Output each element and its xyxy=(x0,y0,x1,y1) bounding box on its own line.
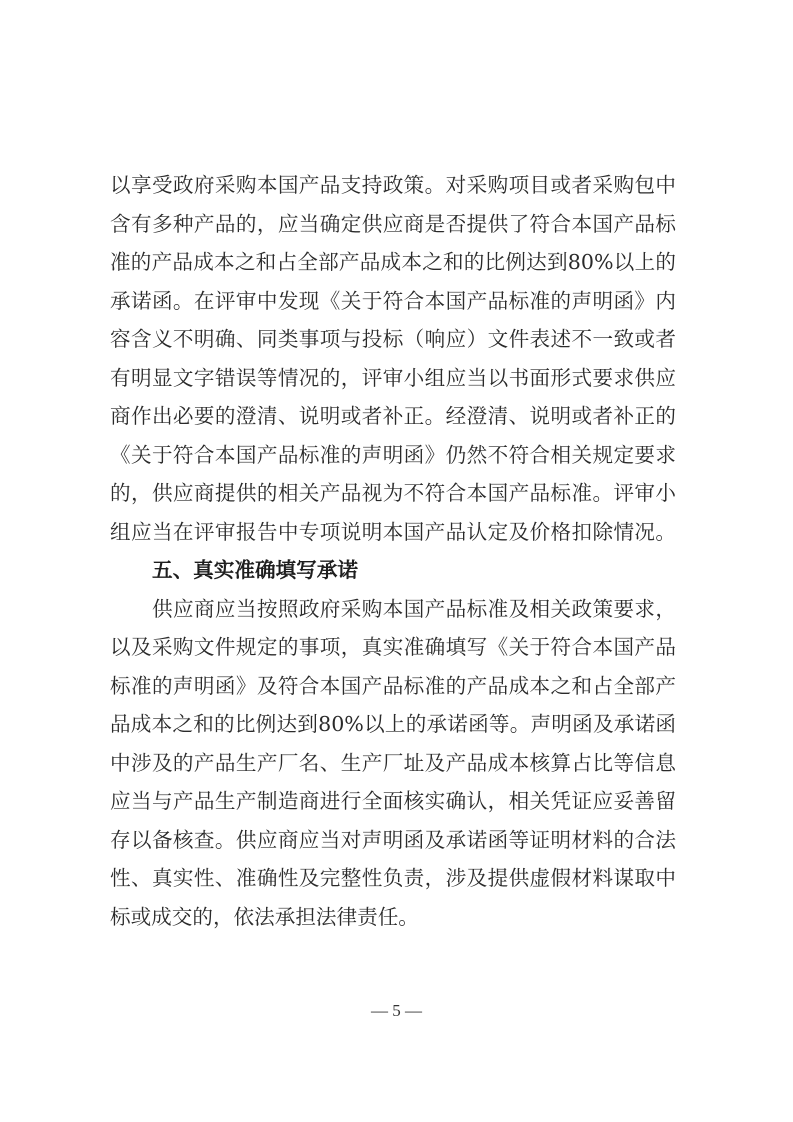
text-line: 商作出必要的澄清、说明或者补正。经澄清、说明或者补正的 xyxy=(110,397,676,436)
document-page: 以享受政府采购本国产品支持政策。对采购项目或者采购包中 含有多种产品的，应当确定… xyxy=(110,166,676,936)
text-line: 有明显文字错误等情况的，评审小组应当以书面形式要求供应 xyxy=(110,359,676,398)
text-line: 以及采购文件规定的事项，真实准确填写《关于符合本国产品 xyxy=(110,628,676,667)
text-line: 品成本之和的比例达到80%以上的承诺函等。声明函及承诺函 xyxy=(110,705,676,744)
text-line: 标准的声明函》及符合本国产品标准的产品成本之和占全部产 xyxy=(110,667,676,706)
text-line: 标或成交的，依法承担法律责任。 xyxy=(110,898,676,937)
paragraph-truthful-commitment: 供应商应当按照政府采购本国产品标准及相关政策要求， 以及采购文件规定的事项，真实… xyxy=(110,590,676,937)
text-line: 准的产品成本之和占全部产品成本之和的比例达到80%以上的 xyxy=(110,243,676,282)
text-line: 性、真实性、准确性及完整性负责，涉及提供虚假材料谋取中 xyxy=(110,859,676,898)
section-heading: 五、真实准确填写承诺 xyxy=(110,551,676,590)
text-line: 组应当在评审报告中专项说明本国产品认定及价格扣除情况。 xyxy=(110,513,676,552)
text-line: 应当与产品生产制造商进行全面核实确认，相关凭证应妥善留 xyxy=(110,782,676,821)
text-line: 容含义不明确、同类事项与投标（响应）文件表述不一致或者 xyxy=(110,320,676,359)
text-line: 承诺函。在评审中发现《关于符合本国产品标准的声明函》内 xyxy=(110,282,676,321)
text-line: 含有多种产品的，应当确定供应商是否提供了符合本国产品标 xyxy=(110,205,676,244)
text-line: 供应商应当按照政府采购本国产品标准及相关政策要求， xyxy=(110,590,676,629)
text-line: 《关于符合本国产品标准的声明函》仍然不符合相关规定要求 xyxy=(110,436,676,475)
page-number: — 5 — xyxy=(0,1001,793,1021)
text-line: 的，供应商提供的相关产品视为不符合本国产品标准。评审小 xyxy=(110,474,676,513)
paragraph-continuation: 以享受政府采购本国产品支持政策。对采购项目或者采购包中 含有多种产品的，应当确定… xyxy=(110,166,676,551)
text-line: 中涉及的产品生产厂名、生产厂址及产品成本核算占比等信息 xyxy=(110,744,676,783)
text-line: 存以备核查。供应商应当对声明函及承诺函等证明材料的合法 xyxy=(110,821,676,860)
text-line: 以享受政府采购本国产品支持政策。对采购项目或者采购包中 xyxy=(110,166,676,205)
